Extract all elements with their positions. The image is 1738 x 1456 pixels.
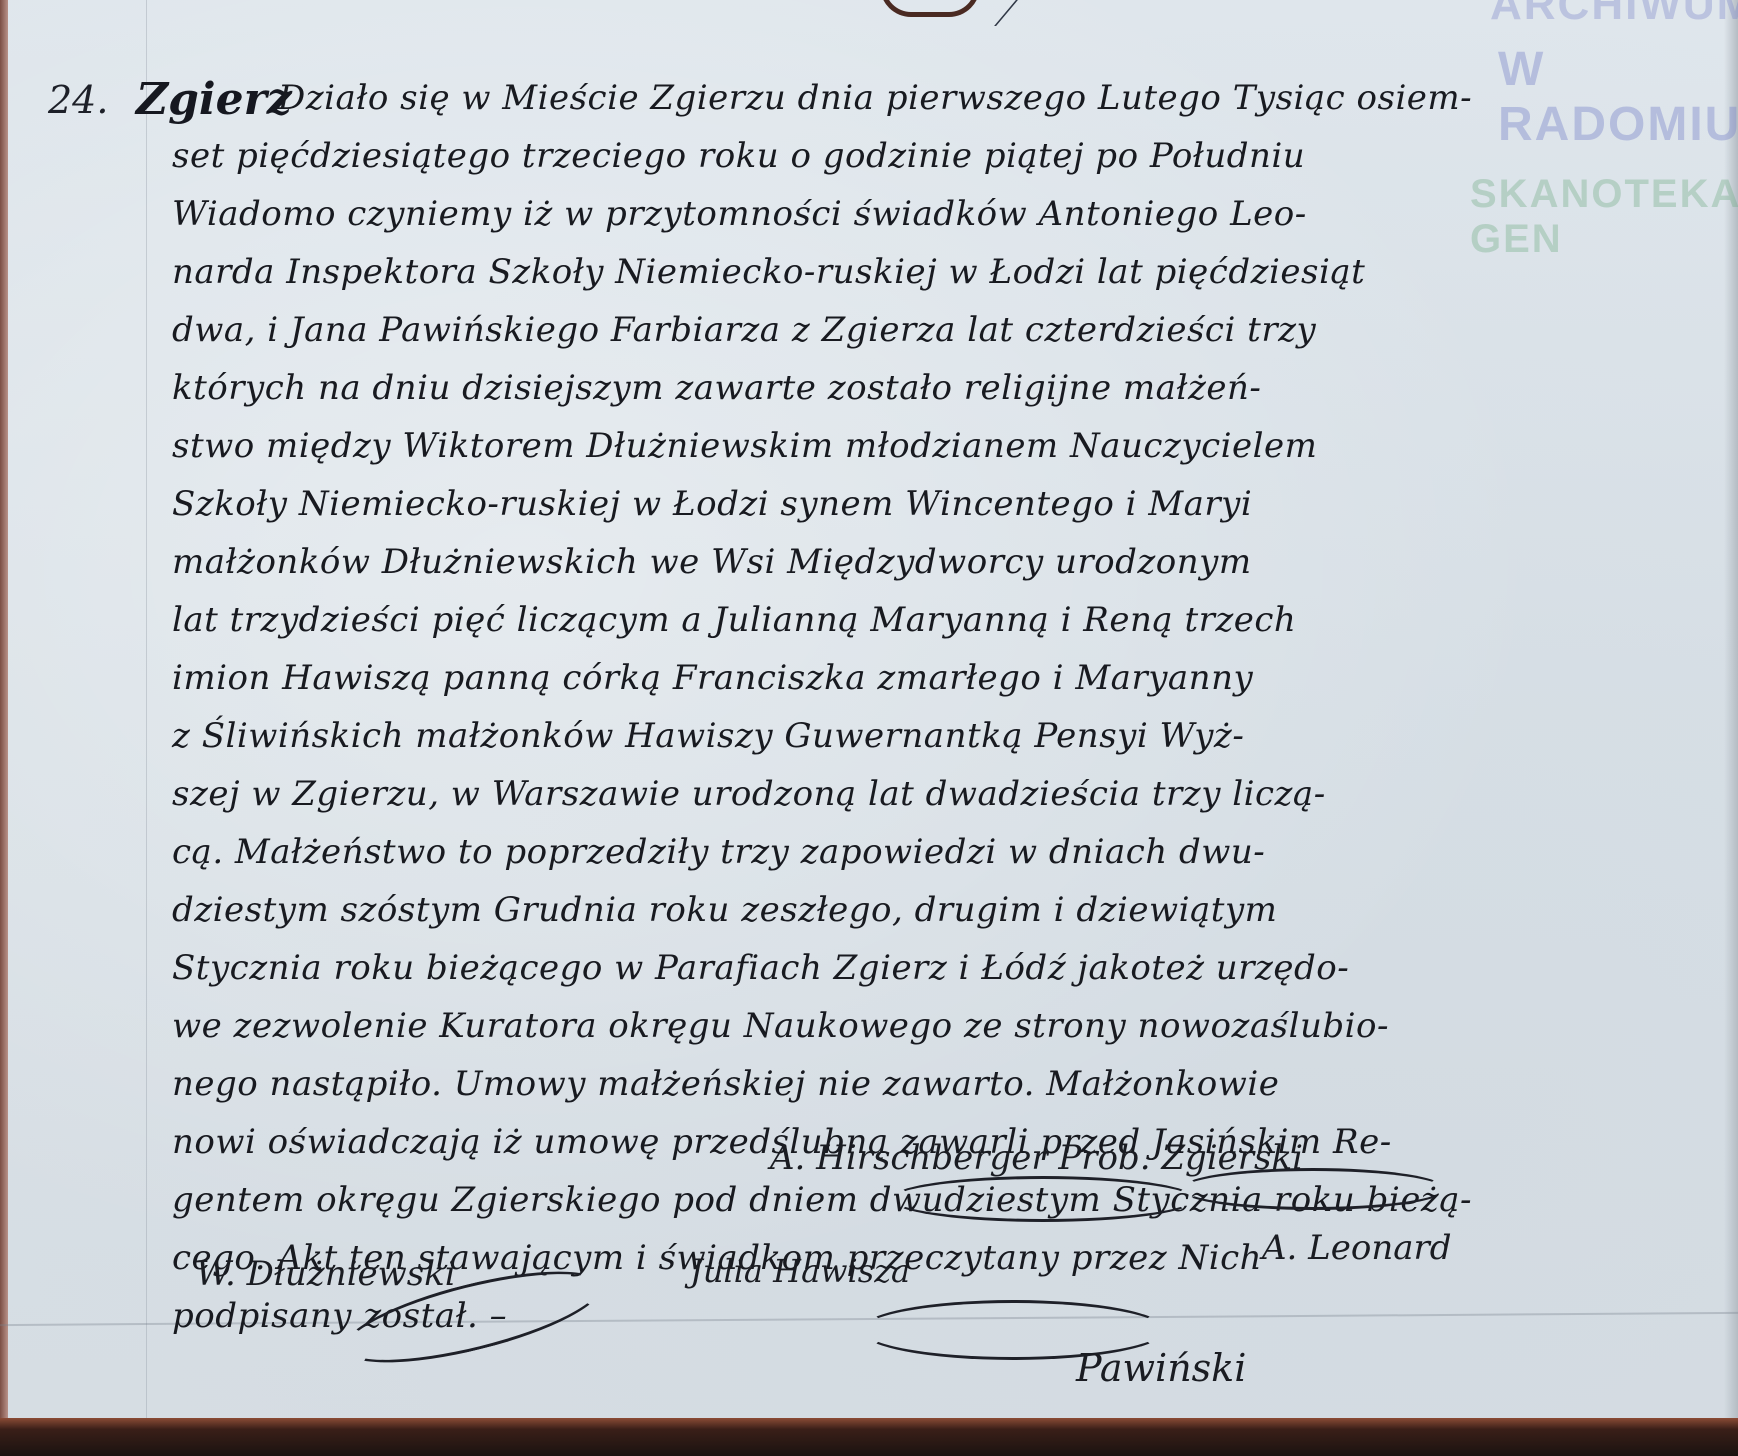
groom-signature: W. Dłużniewski: [196, 1254, 456, 1294]
archive-watermark-line-3: SKANOTEKA GEN: [1470, 172, 1738, 262]
margin-rule: [146, 0, 147, 1420]
page-binding-edge: [0, 0, 8, 1420]
officiant-signature: A. Hirschberger Prob. Zgierski: [770, 1138, 1303, 1178]
record-number: 24.: [48, 78, 108, 122]
page-bottom-edge: [0, 1418, 1738, 1456]
record-line: narda Inspektora Szkoły Niemiecko-ruskie…: [172, 252, 1365, 292]
page-right-edge: [1724, 0, 1738, 1420]
witness-signature-leonard: A. Leonard: [1262, 1228, 1452, 1268]
record-line: szej w Zgierzu, w Warszawie urodzoną lat…: [172, 774, 1326, 814]
signature-flourish: [1180, 1168, 1446, 1210]
record-line: z Śliwińskich małżonków Hawiszy Guwernan…: [172, 716, 1244, 756]
record-line: dwa, i Jana Pawińskiego Farbiarza z Zgie…: [172, 310, 1316, 350]
record-line: których na dniu dzisiejszym zawarte zost…: [172, 368, 1261, 408]
signature-flourish: [890, 1176, 1196, 1222]
record-line: imion Hawiszą panną córką Franciszka zma…: [172, 658, 1253, 698]
record-line: set pięćdziesiątego trzeciego roku o god…: [172, 136, 1305, 176]
bride-signature: Julia Hawisza: [690, 1252, 910, 1290]
record-line: stwo między Wiktorem Dłużniewskim młodzi…: [172, 426, 1317, 466]
record-line: małżonków Dłużniewskich we Wsi Międzydwo…: [172, 542, 1252, 582]
record-line: Działo się w Mieście Zgierzu dnia pierws…: [278, 78, 1472, 118]
record-line: Szkoły Niemiecko-ruskiej w Łodzi synem W…: [172, 484, 1252, 524]
archive-watermark-line-1: ARCHIWUM: [1490, 0, 1738, 30]
record-line: dziestym szóstym Grudnia roku zeszłego, …: [172, 890, 1277, 930]
record-line: cą. Małżeństwo to poprzedziły trzy zapow…: [172, 832, 1265, 872]
record-line: nego nastąpiło. Umowy małżeńskiej nie za…: [172, 1064, 1279, 1104]
archive-watermark-line-2: W RADOMIU: [1498, 42, 1738, 152]
record-line: lat trzydzieści pięć liczącym a Julianną…: [172, 600, 1296, 640]
top-ink-ornament: [880, 0, 980, 17]
record-line: Wiadomo czyniemy iż w przytomności świad…: [172, 194, 1307, 234]
witness-signature-pawinski: Pawiński: [1076, 1346, 1246, 1390]
record-line: we zezwolenie Kuratora okręgu Naukowego …: [172, 1006, 1389, 1046]
register-page: ARCHIWUM W RADOMIU SKANOTEKA GEN 24. Zgi…: [0, 0, 1738, 1420]
top-ink-stroke: [994, 0, 1078, 26]
record-place-heading: Zgierz: [136, 74, 292, 125]
record-line: Stycznia roku bieżącego w Parafiach Zgie…: [172, 948, 1349, 988]
